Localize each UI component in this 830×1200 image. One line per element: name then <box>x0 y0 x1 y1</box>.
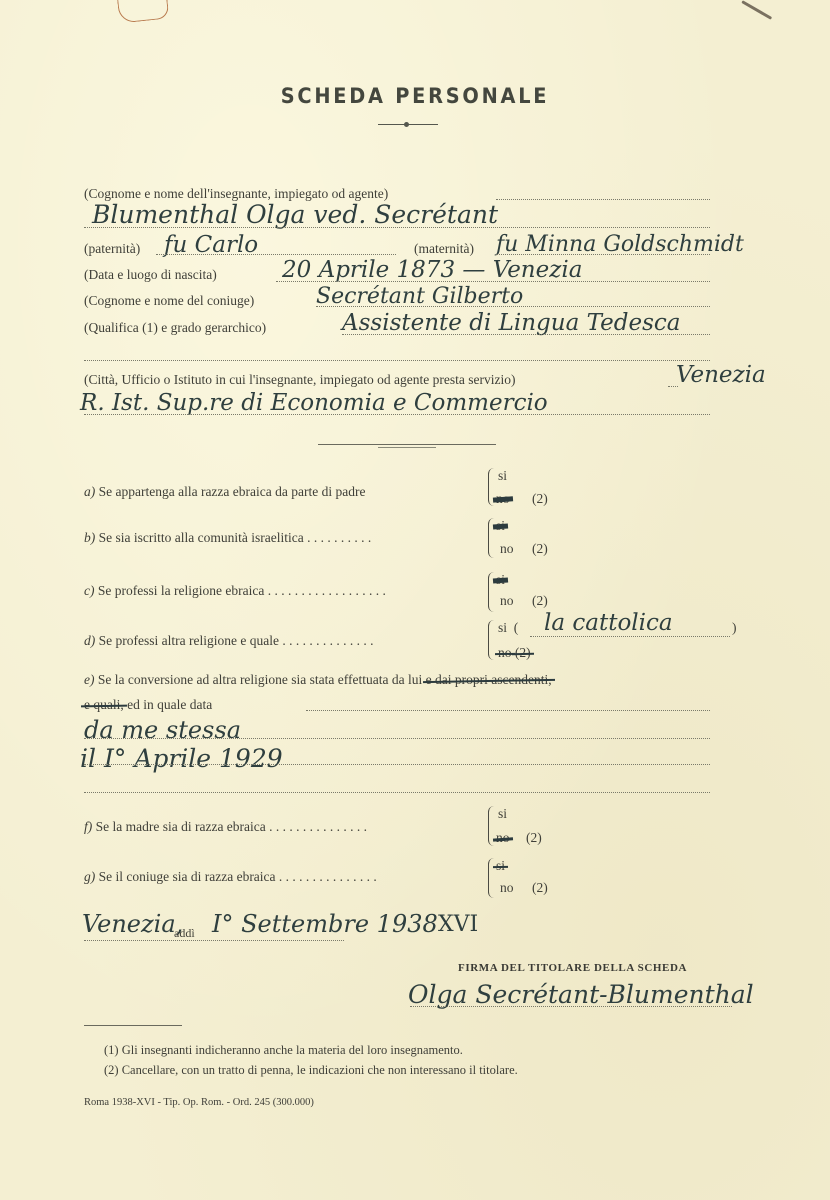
service-label: (Città, Ufficio o Istituto in cui l'inse… <box>84 372 515 388</box>
date-value: I° Settembre 1938 <box>212 910 438 938</box>
dotted-line <box>410 1006 732 1007</box>
option-si-struck: si <box>496 858 505 874</box>
option-si: si <box>498 806 507 822</box>
question-d: d) Se professi altra religione e quale .… <box>84 633 373 649</box>
date-place: Venezia, <box>82 910 183 938</box>
printer-imprint: Roma 1938-XVI - Tip. Op. Rom. - Ord. 245… <box>84 1097 314 1108</box>
option-no-struck: no <box>496 491 510 507</box>
question-f: f) Se la madre sia di razza ebraica . . … <box>84 819 367 835</box>
question-b: b) Se sia iscritto alla comunità israeli… <box>84 530 371 546</box>
brace <box>488 858 494 898</box>
qualification-label: (Qualifica (1) e grado gerarchico) <box>84 320 266 336</box>
question-c: c) Se professi la religione ebraica . . … <box>84 583 386 599</box>
footnote-ref: (2) <box>532 593 548 609</box>
spouse-label: (Cognome e nome del coniuge) <box>84 293 254 309</box>
option-si-struck: si <box>496 518 505 534</box>
dotted-line <box>84 792 710 793</box>
section-divider <box>378 447 436 448</box>
conversion-answer-by: da me stessa <box>84 716 241 744</box>
option-no-struck: no <box>496 830 510 846</box>
ink-stain <box>117 0 170 24</box>
dotted-line <box>84 940 344 941</box>
name-value: Blumenthal Olga ved. Secrétant <box>92 200 498 229</box>
conversion-answer-date: il I° Aprile 1929 <box>80 744 283 773</box>
option-no: no <box>500 541 514 557</box>
maternity-label: (maternità) <box>414 241 474 257</box>
option-si: si <box>498 468 507 484</box>
dotted-line <box>84 414 710 415</box>
dotted-line <box>316 306 710 307</box>
option-no: no <box>500 593 514 609</box>
section-divider <box>318 444 496 445</box>
paternity-label: (paternità) <box>84 241 140 257</box>
dotted-line <box>84 764 710 765</box>
option-si-struck: si <box>496 572 505 588</box>
option-si: si ( <box>498 620 518 636</box>
pencil-mark <box>741 0 772 20</box>
question-g: g) Se il coniuge sia di razza ebraica . … <box>84 869 377 885</box>
dotted-line <box>342 334 710 335</box>
title-ornament <box>378 124 438 125</box>
dotted-line <box>530 636 730 637</box>
footnote-1: (1) Gli insegnanti indicheranno anche la… <box>104 1043 463 1058</box>
footnote-ref: (2) <box>526 830 542 846</box>
other-religion-value: la cattolica <box>544 610 673 636</box>
page-title: SCHEDA PERSONALE <box>33 84 797 108</box>
dotted-line <box>276 281 710 282</box>
dotted-line <box>84 360 710 361</box>
dotted-line <box>84 738 710 739</box>
service-city-value: Venezia <box>676 362 766 388</box>
footnote-2: (2) Cancellare, con un tratto di penna, … <box>104 1063 518 1078</box>
dotted-line <box>306 710 710 711</box>
option-no: no <box>500 880 514 896</box>
birth-value: 20 Aprile 1873 — Venezia <box>282 257 582 283</box>
footnote-ref: (2) <box>532 541 548 557</box>
dotted-line <box>496 199 710 200</box>
footnote-ref: (2) <box>532 880 548 896</box>
dotted-line <box>156 254 396 255</box>
date-addi: addì <box>174 926 195 941</box>
brace <box>488 620 494 660</box>
dotted-line <box>84 227 710 228</box>
dotted-line <box>496 254 710 255</box>
question-e: e) Se la conversione ad altra religione … <box>84 672 552 688</box>
signature-label: FIRMA DEL TITOLARE DELLA SCHEDA <box>458 962 687 974</box>
footnote-ref: (2) <box>532 491 548 507</box>
date-era: XVI <box>438 912 478 937</box>
qualification-value: Assistente di Lingua Tedesca <box>342 310 681 336</box>
signature-value: Olga Secrétant-Blumenthal <box>408 980 754 1009</box>
closing-paren: ) <box>732 620 737 636</box>
service-institute-value: R. Ist. Sup.re di Economia e Commercio <box>80 390 548 416</box>
option-no-struck: no (2) <box>498 645 531 661</box>
birth-label: (Data e luogo di nascita) <box>84 267 217 283</box>
question-e-cont: e quali, ed in quale data <box>84 697 212 713</box>
footnote-rule <box>84 1025 182 1026</box>
question-a: a) Se appartenga alla razza ebraica da p… <box>84 484 365 500</box>
